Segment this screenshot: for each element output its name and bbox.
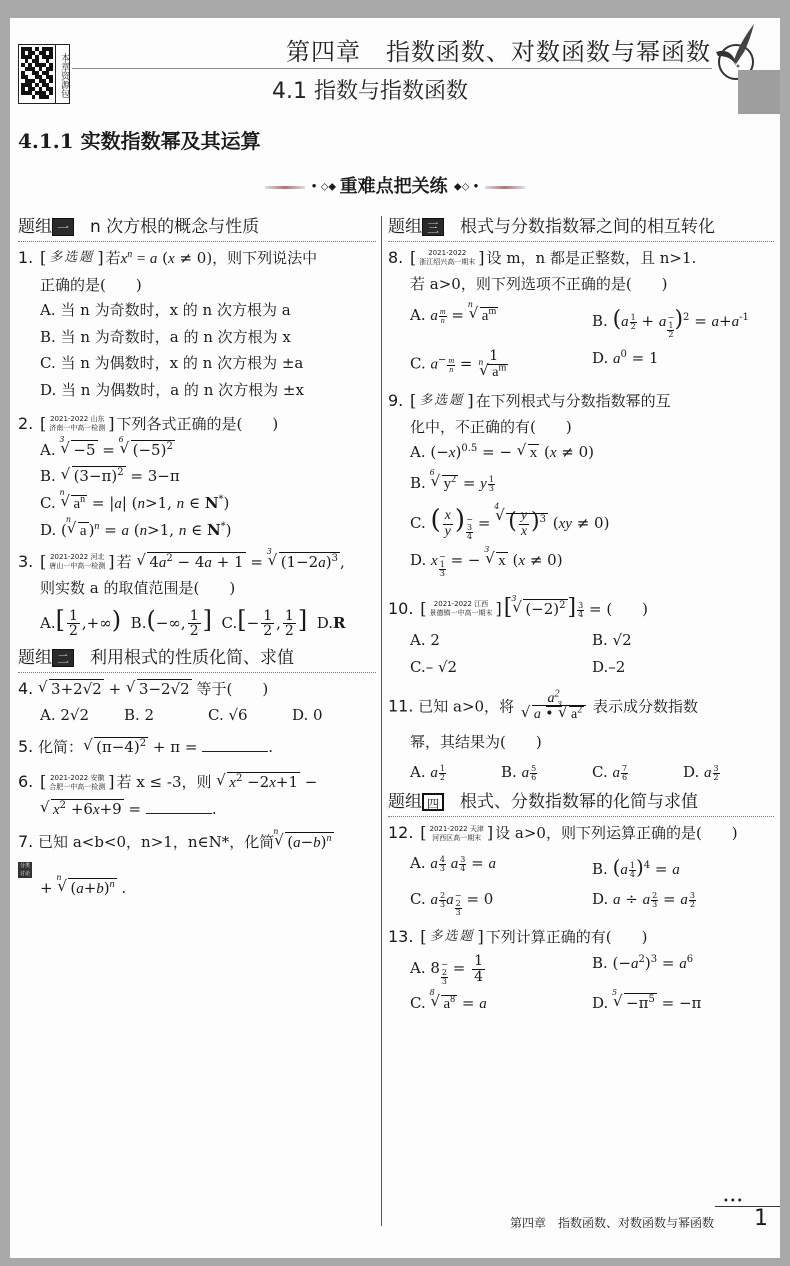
option-c[interactable]: C.– √2 xyxy=(410,658,592,678)
option-d[interactable]: D. a ÷ a23 = a32 xyxy=(592,890,774,917)
diamond-icon: ◆◇ • xyxy=(454,182,479,193)
question-13: 13. [多选题]下列计算正确的有( ) A. 8−23 = 14 B. (−a… xyxy=(388,927,774,1014)
question-number: 3. xyxy=(18,552,33,571)
source-tag: [2021-2022 江西景德镇一中高一期末] xyxy=(420,599,502,620)
option-c[interactable]: C. 8a8 = a xyxy=(410,994,592,1015)
banner-title: 重难点把关练 xyxy=(340,176,448,197)
question-number: 2. xyxy=(18,414,33,433)
question-stem: ，则下列说法中 xyxy=(212,249,317,267)
footer-chapter: 第四章 指数函数、对数函数与幂函数 xyxy=(510,1214,714,1231)
diamond-icon: • ◇◆ xyxy=(311,182,340,193)
option-a[interactable]: A. 2√2 xyxy=(40,706,124,726)
group-prefix: 题组 xyxy=(18,647,52,669)
group-prefix: 题组 xyxy=(388,216,422,238)
group-number-badge: 三 xyxy=(422,218,444,236)
question-stem: 若 a>0，则下列选项不正确的是( ) xyxy=(388,275,774,295)
question-number: 10. xyxy=(388,599,413,618)
group-number-badge: 一 xyxy=(52,218,74,236)
option-c[interactable]: C.[−12,12] xyxy=(222,614,308,632)
option-b[interactable]: B. (a14)4 = a xyxy=(592,854,774,881)
group-prefix: 题组 xyxy=(18,216,52,238)
question-stem: 若 xyxy=(117,553,132,571)
footer-rule xyxy=(715,1206,780,1207)
question-number: 7. xyxy=(18,832,33,851)
option-d[interactable]: D. a32 xyxy=(683,763,774,784)
option-b[interactable]: B. a56 xyxy=(501,763,592,784)
option-c[interactable]: C. (xy)−34 = 4(yx)3 (xy ≠ 0) xyxy=(388,504,774,541)
question-number: 9. xyxy=(388,391,403,410)
question-11: 11. 已知 a>0，将 a2a • 3a2 表示成分数指数 幂，其结果为( )… xyxy=(388,692,774,783)
question-9: 9. [多选题]在下列根式与分数指数幂的互 化中，不正确的有( ) A. (−x… xyxy=(388,391,774,578)
question-number: 1. xyxy=(18,248,33,267)
option-b[interactable]: B. √2 xyxy=(592,631,774,651)
question-stem: 设 m，n 都是正整数，且 n>1. xyxy=(487,249,697,267)
column-divider xyxy=(381,216,382,1226)
banner-right-ornament xyxy=(485,186,525,189)
multi-choice-tag: [多选题] xyxy=(420,927,484,948)
section-title: 4.1 指数与指数函数 xyxy=(272,74,468,105)
qr-pattern-icon xyxy=(19,45,55,101)
option-b[interactable]: B. 6y2 = y13 xyxy=(388,474,774,495)
options-row: C. a−mn = 1nam D. a0 = 1 xyxy=(388,349,774,380)
group-3-header: 题组 三 根式与分数指数幂之间的相互转化 xyxy=(388,216,774,242)
question-number: 6. xyxy=(18,772,33,791)
options-row: A. a43 a34 = a B. (a14)4 = a xyxy=(388,854,774,881)
group-title: 利用根式的性质化简、求值 xyxy=(90,647,294,669)
answer-blank[interactable] xyxy=(202,751,268,752)
options-row: C.– √2 D.–2 xyxy=(388,658,774,678)
option-d[interactable]: D. x−13 = − 3x (x ≠ 0) xyxy=(388,551,774,578)
option-d[interactable]: D.–2 xyxy=(592,658,774,678)
question-stem: 则实数 a 的取值范围是( ) xyxy=(18,579,376,599)
group-title: 根式、分数指数幂的化简与求值 xyxy=(460,791,698,813)
option-d[interactable]: D. 5−π5 = −π xyxy=(592,994,774,1015)
question-stem: 设 a>0，则下列运算正确的是( ) xyxy=(495,824,738,842)
question-10: 10. [2021-2022 江西景德镇一中高一期末][3(−2)2]34 = … xyxy=(388,594,774,678)
question-stem: 若 x ≤ -3，则 xyxy=(117,773,212,791)
option-a[interactable]: A. 8−23 = 14 xyxy=(410,954,592,986)
left-column: 题组 一 n 次方根的概念与性质 1. [多选题]若xn = a (x ≠ 0)… xyxy=(18,216,376,908)
question-12: 12. [2021-2022 天津河西区高一期末]设 a>0，则下列运算正确的是… xyxy=(388,823,774,917)
question-number: 11. xyxy=(388,696,413,715)
option-a[interactable]: A. (−x)0.5 = − x (x ≠ 0) xyxy=(388,443,774,464)
qr-label: 本章资源包 xyxy=(55,45,69,103)
question-stem: 下列各式正确的是( ) xyxy=(117,415,279,433)
group-title: 根式与分数指数幂之间的相互转化 xyxy=(460,216,715,238)
option-b[interactable]: B. (−a2)3 = a6 xyxy=(592,954,774,986)
option-a[interactable]: A.[12,+∞) xyxy=(40,614,121,632)
option-c[interactable]: C. a76 xyxy=(592,763,683,784)
option-b[interactable]: B. (a12 + a−12)2 = a+a-1 xyxy=(592,306,774,339)
question-5: 5. 化简：(π−4)2 + π = . xyxy=(18,737,376,758)
source-tag: [2021-2022 河北唐山一中高一检测] xyxy=(40,552,115,573)
question-stem: 等于( ) xyxy=(196,680,268,698)
answer-paren: ( ) xyxy=(606,600,648,618)
multi-choice-tag: [多选题] xyxy=(40,248,104,269)
option-d[interactable]: D. 当 n 为偶数时，a 的 n 次方根为 ±x xyxy=(18,381,376,401)
question-stem: 化中，不正确的有( ) xyxy=(388,418,774,438)
option-c[interactable]: C. a23a−23 = 0 xyxy=(410,890,592,917)
option-c[interactable]: C. nan = |a| (n>1, n ∈ N*) xyxy=(18,494,376,515)
source-tag: [2021-2022 山东济南一中高一检测] xyxy=(40,414,115,435)
question-stem: 表示成分数指数 xyxy=(593,697,698,715)
option-b[interactable]: B. (3−π)2 = 3−π xyxy=(18,467,376,487)
option-d[interactable]: D. 0 xyxy=(292,706,376,726)
options-row: A.[12,+∞) B.(−∞,12] C.[−12,12] D.R xyxy=(18,605,376,639)
options-row: C. 8a8 = a D. 5−π5 = −π xyxy=(388,994,774,1015)
question-number: 5. xyxy=(18,737,33,756)
option-a[interactable]: A. 当 n 为奇数时，x 的 n 次方根为 a xyxy=(18,301,376,321)
option-a[interactable]: A. 2 xyxy=(410,631,592,651)
group-number-badge: 四 xyxy=(422,793,444,811)
section-banner: • ◇◆ 重难点把关练 ◆◇ • xyxy=(10,172,780,198)
option-d[interactable]: D. (na)n = a (n>1, n ∈ N*) xyxy=(18,521,376,542)
textbook-page: 本章资源包 第四章 指数函数、对数函数与幂函数 4.1 指数与指数函数 4.1.… xyxy=(10,18,780,1258)
option-b[interactable]: B. 2 xyxy=(124,706,208,726)
source-tag: [2021-2022 安徽合肥一中高一检测] xyxy=(40,772,115,793)
group-4-header: 题组 四 根式、分数指数幂的化简与求值 xyxy=(388,791,774,817)
question-stem: 已知 a<b<0，n>1，n∈N*，化简 xyxy=(38,833,274,851)
options-row: A. amn = nam B. (a12 + a−12)2 = a+a-1 xyxy=(388,306,774,339)
source-tag: [2021-2022浙江绍兴高一期末] xyxy=(410,248,485,269)
question-stem: 幂，其结果为( ) xyxy=(388,733,774,753)
option-c[interactable]: C. √6 xyxy=(208,706,292,726)
options-row: A. 2 B. √2 xyxy=(388,631,774,651)
option-c[interactable]: C. 当 n 为偶数时，x 的 n 次方根为 ±a xyxy=(18,354,376,374)
question-stem: 在下列根式与分数指数幂的互 xyxy=(476,392,671,410)
option-d[interactable]: D. a0 = 1 xyxy=(592,349,774,380)
question-stem: 已知 a>0，将 xyxy=(418,697,514,715)
option-c[interactable]: C. a−mn = 1nam xyxy=(410,349,592,380)
question-1: 1. [多选题]若xn = a (x ≠ 0)，则下列说法中 正确的是( ) A… xyxy=(18,248,376,400)
subsection-title: 4.1.1 实数指数幂及其运算 xyxy=(18,125,261,154)
question-stem: 若 xyxy=(106,249,121,267)
question-number: 8. xyxy=(388,248,403,267)
question-8: 8. [2021-2022浙江绍兴高一期末]设 m，n 都是正整数，且 n>1.… xyxy=(388,248,774,381)
group-number-badge: 二 xyxy=(52,649,74,667)
answer-blank[interactable] xyxy=(146,813,212,814)
multi-choice-tag: [多选题] xyxy=(410,391,474,412)
question-6: 6. [2021-2022 安徽合肥一中高一检测]若 x ≤ -3，则 x2 −… xyxy=(18,772,376,820)
question-number: 13. xyxy=(388,927,413,946)
question-3: 3. [2021-2022 河北唐山一中高一检测]若 4a2 − 4a + 1 … xyxy=(18,552,376,639)
question-2: 2. [2021-2022 山东济南一中高一检测]下列各式正确的是( ) A. … xyxy=(18,414,376,542)
question-stem: 化简： xyxy=(38,738,83,756)
group-title: n 次方根的概念与性质 xyxy=(90,216,259,238)
group-prefix: 题组 xyxy=(388,791,422,813)
option-b[interactable]: B. 当 n 为奇数时，a 的 n 次方根为 x xyxy=(18,328,376,348)
banner-left-ornament xyxy=(265,186,305,189)
qr-code[interactable]: 本章资源包 xyxy=(18,44,70,104)
options-row: C. a23a−23 = 0 D. a ÷ a23 = a32 xyxy=(388,890,774,917)
options-row: A. 2√2 B. 2 C. √6 D. 0 xyxy=(18,706,376,726)
discussion-badge-icon: 分类讨论 xyxy=(18,862,32,878)
right-column: 题组 三 根式与分数指数幂之间的相互转化 8. [2021-2022浙江绍兴高一… xyxy=(388,216,774,1023)
chapter-tab xyxy=(738,70,780,114)
question-7: 7. 已知 a<b<0，n>1，n∈N*，化简n(a−b)n 分类讨论 + n(… xyxy=(18,832,376,900)
option-b[interactable]: B.(−∞,12] xyxy=(131,614,212,632)
option-a[interactable]: A. 3−5 = 6(−5)2 xyxy=(18,441,376,461)
question-stem: 下列计算正确的有( ) xyxy=(486,928,648,946)
option-d[interactable]: D.R xyxy=(317,614,346,632)
question-4: 4. 3+2√2 + 3−2√2 等于( ) A. 2√2 B. 2 C. √6… xyxy=(18,679,376,725)
page-number: 1 xyxy=(754,1206,768,1231)
group-1-header: 题组 一 n 次方根的概念与性质 xyxy=(18,216,376,242)
option-a[interactable]: A. a12 xyxy=(410,763,501,784)
options-row: A. a12 B. a56 C. a76 D. a32 xyxy=(388,763,774,784)
source-tag: [2021-2022 天津河西区高一期末] xyxy=(420,823,493,844)
options-row: A. 8−23 = 14 B. (−a2)3 = a6 xyxy=(388,954,774,986)
question-number: 12. xyxy=(388,823,413,842)
option-a[interactable]: A. amn = nam xyxy=(410,306,592,339)
chapter-title: 第四章 指数函数、对数函数与幂函数 xyxy=(286,32,711,67)
header-divider xyxy=(72,68,712,69)
option-a[interactable]: A. a43 a34 = a xyxy=(410,854,592,881)
group-2-header: 题组 二 利用根式的性质化简、求值 xyxy=(18,647,376,673)
question-number: 4. xyxy=(18,679,33,698)
question-stem: 正确的是( ) xyxy=(18,276,376,296)
